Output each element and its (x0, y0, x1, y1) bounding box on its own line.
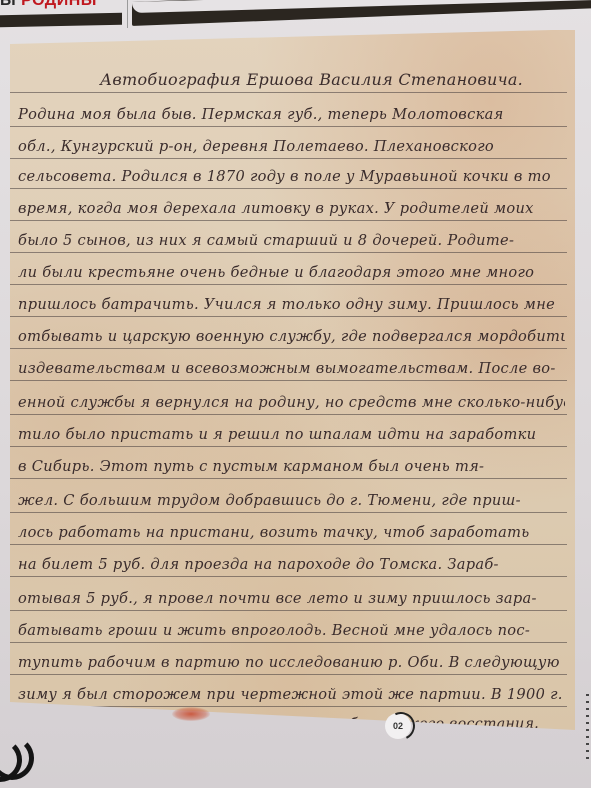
document-line: лось работать на пристани, возить тачку,… (18, 524, 565, 541)
ruled-line (10, 380, 567, 381)
document-line: жел. С большим трудом добравшись до г. Т… (18, 492, 565, 509)
document-line: пришлось батрачить. Учился я только одну… (18, 296, 565, 313)
ruled-line (10, 446, 567, 447)
document-line: отбывать и царскую военную службу, где п… (18, 328, 565, 345)
ruled-line (10, 478, 567, 479)
document-line: ли были крестьяне очень бедные и благода… (18, 264, 565, 281)
document-line: в Сибирь. Этот путь с пустым карманом бы… (18, 458, 565, 475)
header-divider (127, 0, 128, 28)
document-lines: Автобиография Ершова Василия Степановича… (10, 30, 575, 730)
document-line: издевательствам и всевозможным вымогател… (18, 360, 565, 377)
document-line: зиму я был сторожем при чертежной этой ж… (18, 686, 565, 703)
header-title-part2: РОДИНЫ (21, 0, 97, 9)
ruled-line (10, 188, 567, 189)
ruled-line (10, 284, 567, 285)
document-line: сельсовета. Родился в 1870 году в поле у… (18, 168, 565, 185)
ruled-line (10, 126, 567, 127)
handwritten-document-sheet: Автобиография Ершова Василия Степановича… (10, 30, 575, 730)
ruled-line (10, 158, 567, 159)
header-bar-left (0, 13, 122, 28)
ruled-line (10, 348, 567, 349)
document-title: Автобиография Ершова Василия Степановича… (18, 70, 565, 89)
ruled-line (10, 576, 567, 577)
magazine-header: Ы РОДИНЫ (0, 0, 591, 30)
ruled-line (10, 252, 567, 253)
document-line: отывая 5 руб., я провел почти все лето и… (18, 590, 565, 607)
ruled-line (10, 512, 567, 513)
ruled-line (10, 220, 567, 221)
header-bar-right (132, 0, 591, 26)
magazine-header-title: Ы РОДИНЫ (0, 0, 97, 10)
ruled-line (10, 610, 567, 611)
document-line: обл., Кунгурский р-он, деревня Полетаево… (18, 138, 565, 155)
document-line: батывать гроши и жить впроголодь. Весной… (18, 622, 565, 639)
right-edge-dotted-line (586, 694, 589, 764)
ruled-line (10, 544, 567, 545)
header-title-part1: Ы (0, 0, 21, 9)
red-ink-stain (172, 707, 210, 721)
document-line: тило было пристать и я решил по шпалам и… (18, 426, 565, 443)
ruled-line (10, 316, 567, 317)
ruled-line (10, 642, 567, 643)
document-line: на билет 5 руб. для проезда на пароходе … (18, 556, 565, 573)
document-line: енной службы я вернулся на родину, но ср… (18, 394, 565, 411)
ruled-line (10, 674, 567, 675)
document-line: было 5 сынов, из них я самый старший и 8… (18, 232, 565, 249)
document-line: тупить рабочим в партию по исследованию … (18, 654, 565, 671)
document-line: Родина моя была быв. Пермская губ., тепе… (18, 106, 565, 123)
concentric-arcs-logo-icon (0, 738, 22, 782)
document-line: время, когда моя дерехала литовку в рука… (18, 200, 565, 217)
ruled-line (10, 414, 567, 415)
ruled-line (10, 92, 567, 93)
